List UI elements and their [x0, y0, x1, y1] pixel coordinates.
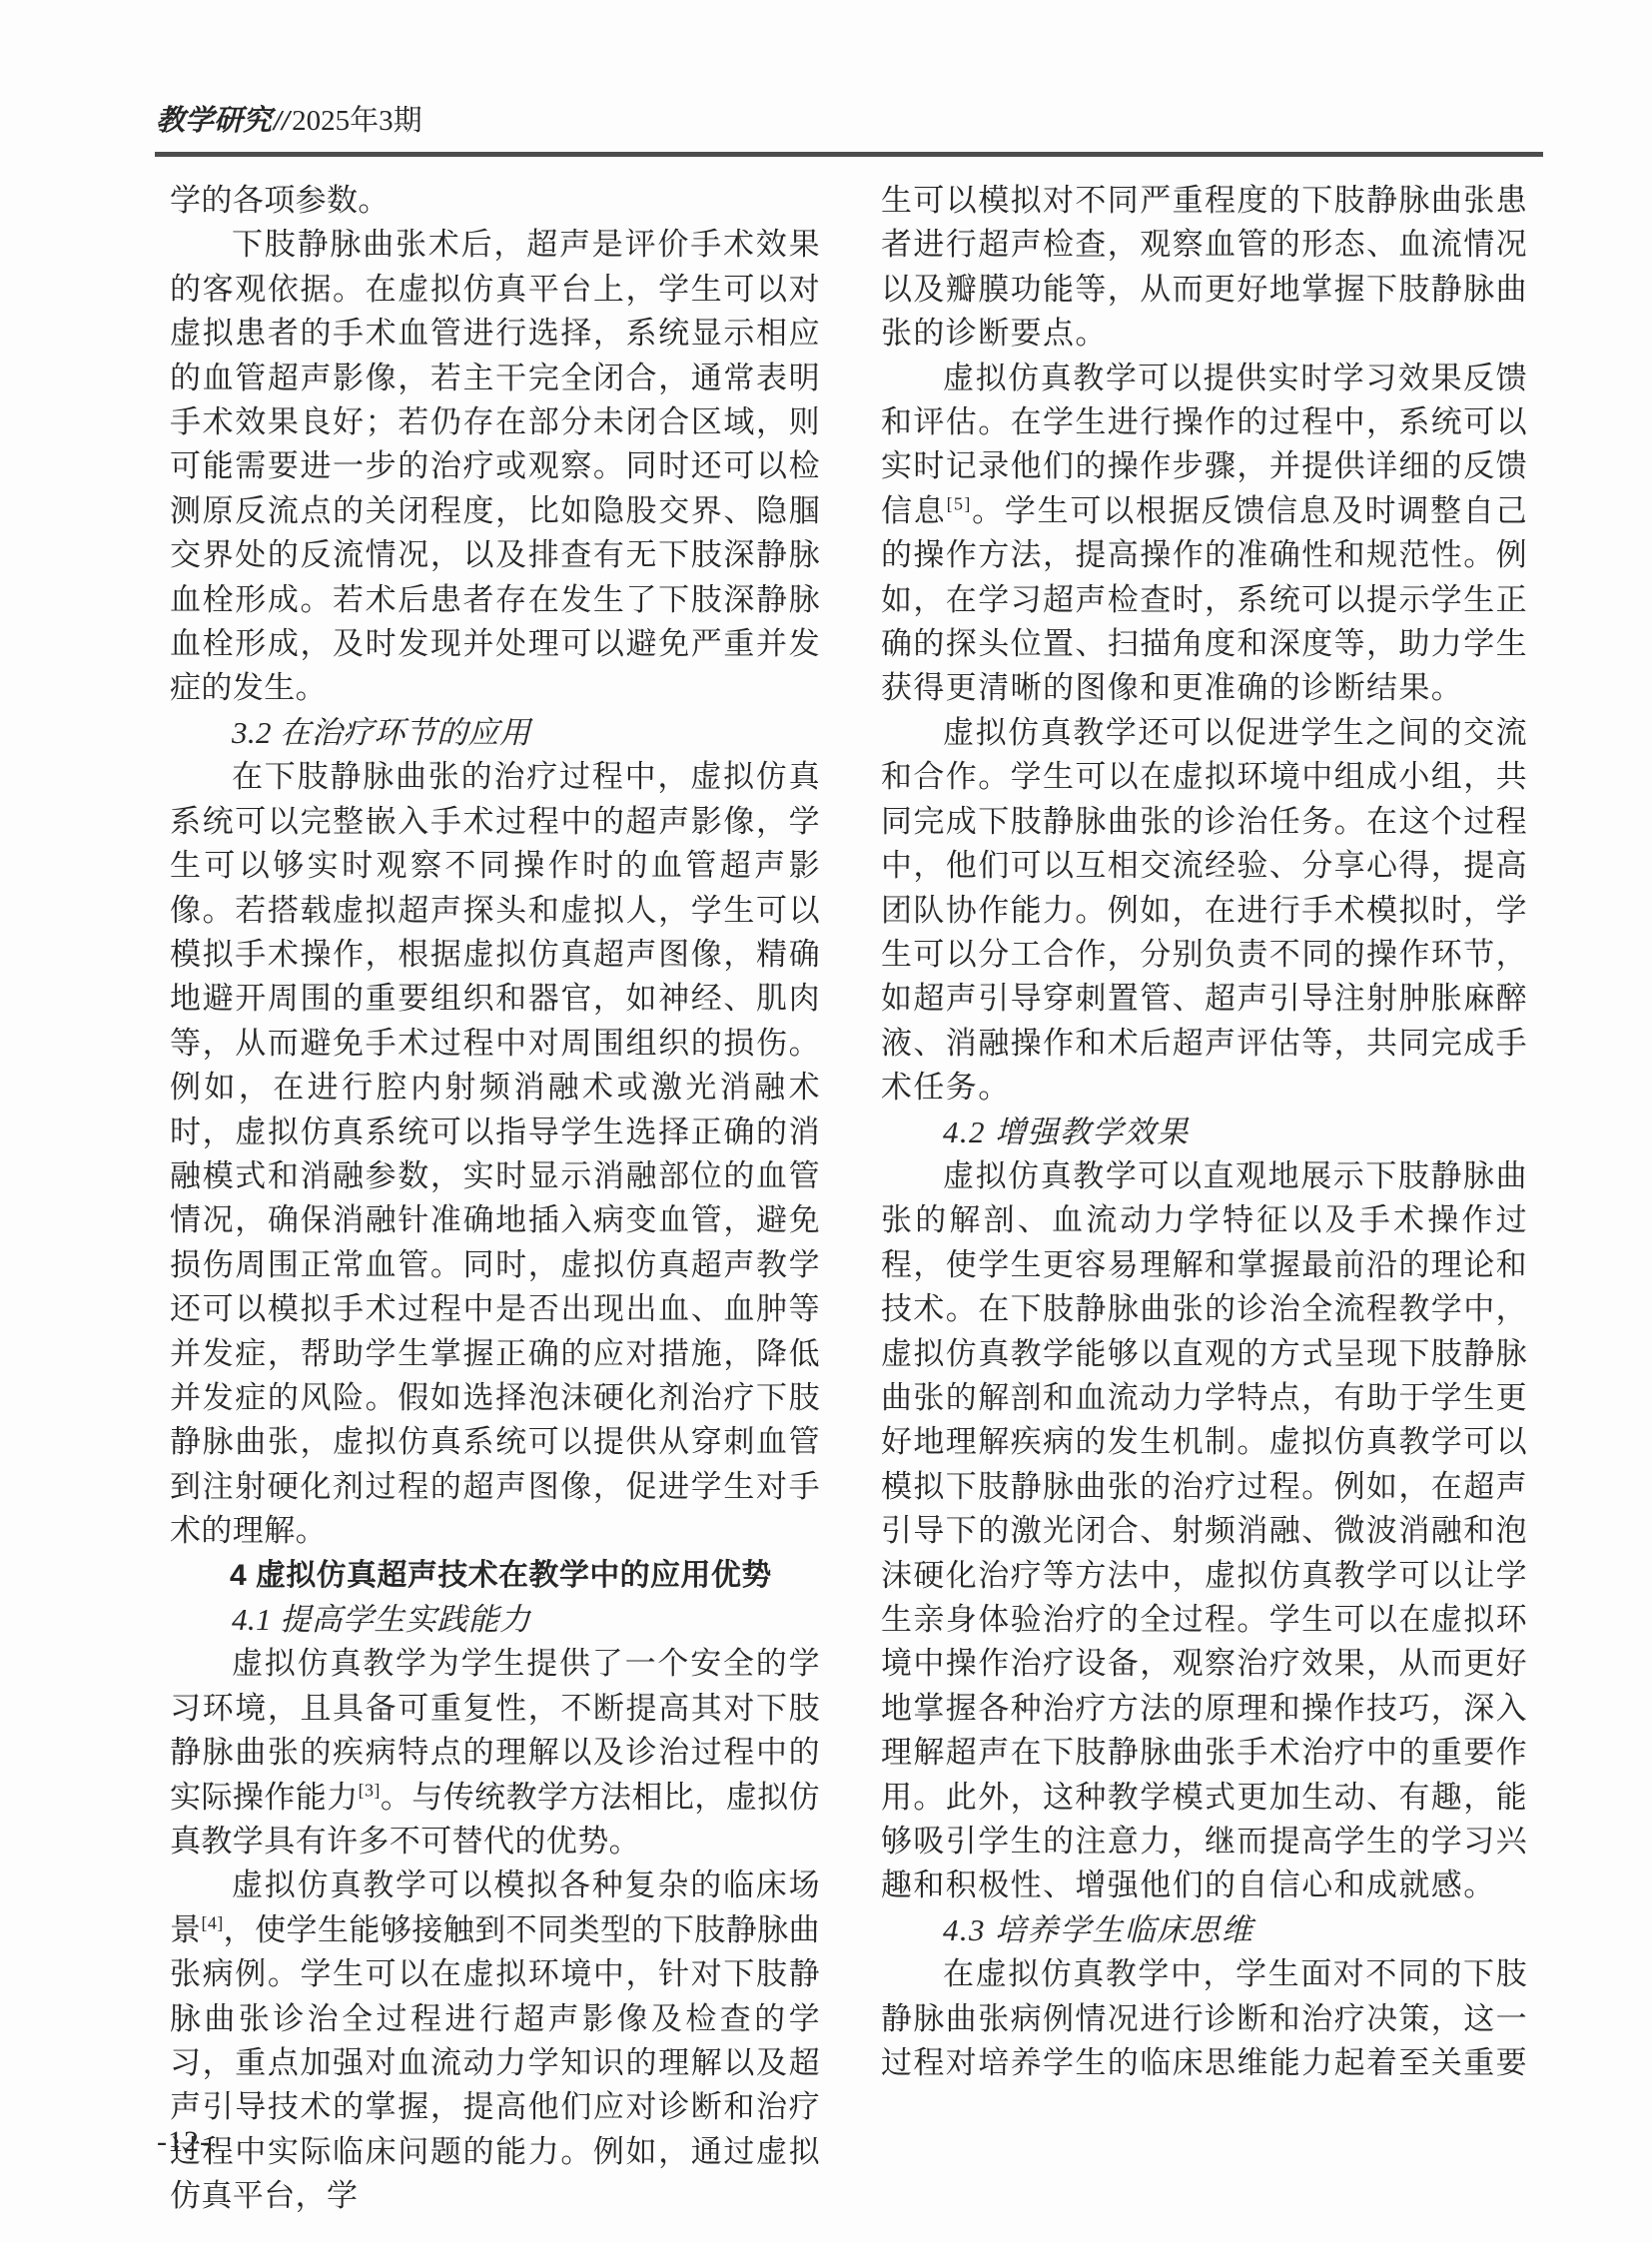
- article-body: 学的各项参数。下肢静脉曲张术后，超声是评价手术效果的客观依据。在虚拟仿真平台上，…: [170, 179, 1528, 2219]
- column-right: 生可以模拟对不同严重程度的下肢静脉曲张患者进行超声检查，观察血管的形态、血流情况…: [881, 179, 1528, 2219]
- text-run: 虚拟仿真教学可以直观地展示下肢静脉曲张的解剖、血流动力学特征以及手术操作过程，使…: [881, 1158, 1528, 1903]
- paragraph: 生可以模拟对不同严重程度的下肢静脉曲张患者进行超声检查，观察血管的形态、血流情况…: [881, 179, 1528, 357]
- paragraph: 虚拟仿真教学可以模拟各种复杂的临床场景[4]，使学生能够接触到不同类型的下肢静脉…: [170, 1864, 820, 2218]
- citation-marker: [5]: [947, 494, 972, 514]
- subsection-heading: 4.3 培养学生临床思维: [881, 1908, 1528, 1952]
- subsection-heading: 3.2 在治疗环节的应用: [170, 711, 820, 755]
- paragraph: 下肢静脉曲张术后，超声是评价手术效果的客观依据。在虚拟仿真平台上，学生可以对虚拟…: [170, 223, 820, 710]
- subsection-heading: 4.2 增强教学效果: [881, 1111, 1528, 1154]
- paragraph: 学的各项参数。: [170, 179, 820, 223]
- paragraph: 虚拟仿真教学可以提供实时学习效果反馈和评估。在学生进行操作的过程中，系统可以实时…: [881, 357, 1528, 711]
- paragraph: 在下肢静脉曲张的治疗过程中，虚拟仿真系统可以完整嵌入手术过程中的超声影像，学生可…: [170, 755, 820, 1553]
- citation-marker: [4]: [201, 1913, 223, 1933]
- paragraph: 虚拟仿真教学为学生提供了一个安全的学习环境，且具备可重复性，不断提高其对下肢静脉…: [170, 1642, 820, 1864]
- subsection-heading: 4.1 提高学生实践能力: [170, 1598, 820, 1642]
- page: 教学研究//2025年3期 学的各项参数。下肢静脉曲张术后，超声是评价手术效果的…: [0, 0, 1652, 2242]
- text-run: 虚拟仿真教学还可以促进学生之间的交流和合作。学生可以在虚拟环境中组成小组，共同完…: [881, 715, 1528, 1105]
- text-run: 在虚拟仿真教学中，学生面对不同的下肢静脉曲张病例情况进行诊断和治疗决策，这一过程…: [881, 1956, 1528, 2080]
- text-run: 生可以模拟对不同严重程度的下肢静脉曲张患者进行超声检查，观察血管的形态、血流情况…: [881, 183, 1528, 351]
- journal-title: 教学研究: [156, 105, 272, 137]
- paragraph: 在虚拟仿真教学中，学生面对不同的下肢静脉曲张病例情况进行诊断和治疗决策，这一过程…: [881, 1952, 1528, 2085]
- column-left: 学的各项参数。下肢静脉曲张术后，超声是评价手术效果的客观依据。在虚拟仿真平台上，…: [170, 179, 820, 2219]
- paragraph: 虚拟仿真教学可以直观地展示下肢静脉曲张的解剖、血流动力学特征以及手术操作过程，使…: [881, 1154, 1528, 1908]
- section-heading: 4 虚拟仿真超声技术在教学中的应用优势: [170, 1554, 820, 1598]
- issue-label: 2025年3期: [292, 105, 422, 137]
- text-run: ，使学生能够接触到不同类型的下肢静脉曲张病例。学生可以在虚拟环境中，针对下肢静脉…: [170, 1912, 820, 2213]
- citation-marker: [3]: [359, 1780, 381, 1800]
- text-run: 学的各项参数。: [170, 183, 390, 218]
- running-header: 教学研究//2025年3期: [156, 104, 422, 138]
- text-run: 4.1 提高学生实践能力: [232, 1602, 530, 1637]
- header-rule: [155, 152, 1543, 157]
- text-run: 4 虚拟仿真超声技术在教学中的应用优势: [230, 1559, 772, 1592]
- text-run: 在下肢静脉曲张的治疗过程中，虚拟仿真系统可以完整嵌入手术过程中的超声影像，学生可…: [170, 759, 820, 1548]
- text-run: 3.2 在治疗环节的应用: [232, 715, 530, 750]
- paragraph: 虚拟仿真教学还可以促进学生之间的交流和合作。学生可以在虚拟环境中组成小组，共同完…: [881, 711, 1528, 1111]
- text-run: 4.3 培养学生临床思维: [943, 1912, 1253, 1947]
- text-run: 4.2 增强教学效果: [943, 1115, 1190, 1149]
- text-run: 。学生可以根据反馈信息及时调整自己的操作方法，提高操作的准确性和规范性。例如，在…: [881, 493, 1528, 706]
- text-run: 下肢静脉曲张术后，超声是评价手术效果的客观依据。在虚拟仿真平台上，学生可以对虚拟…: [170, 227, 820, 705]
- page-number: -12-: [157, 2125, 211, 2159]
- header-separator: //: [272, 105, 292, 137]
